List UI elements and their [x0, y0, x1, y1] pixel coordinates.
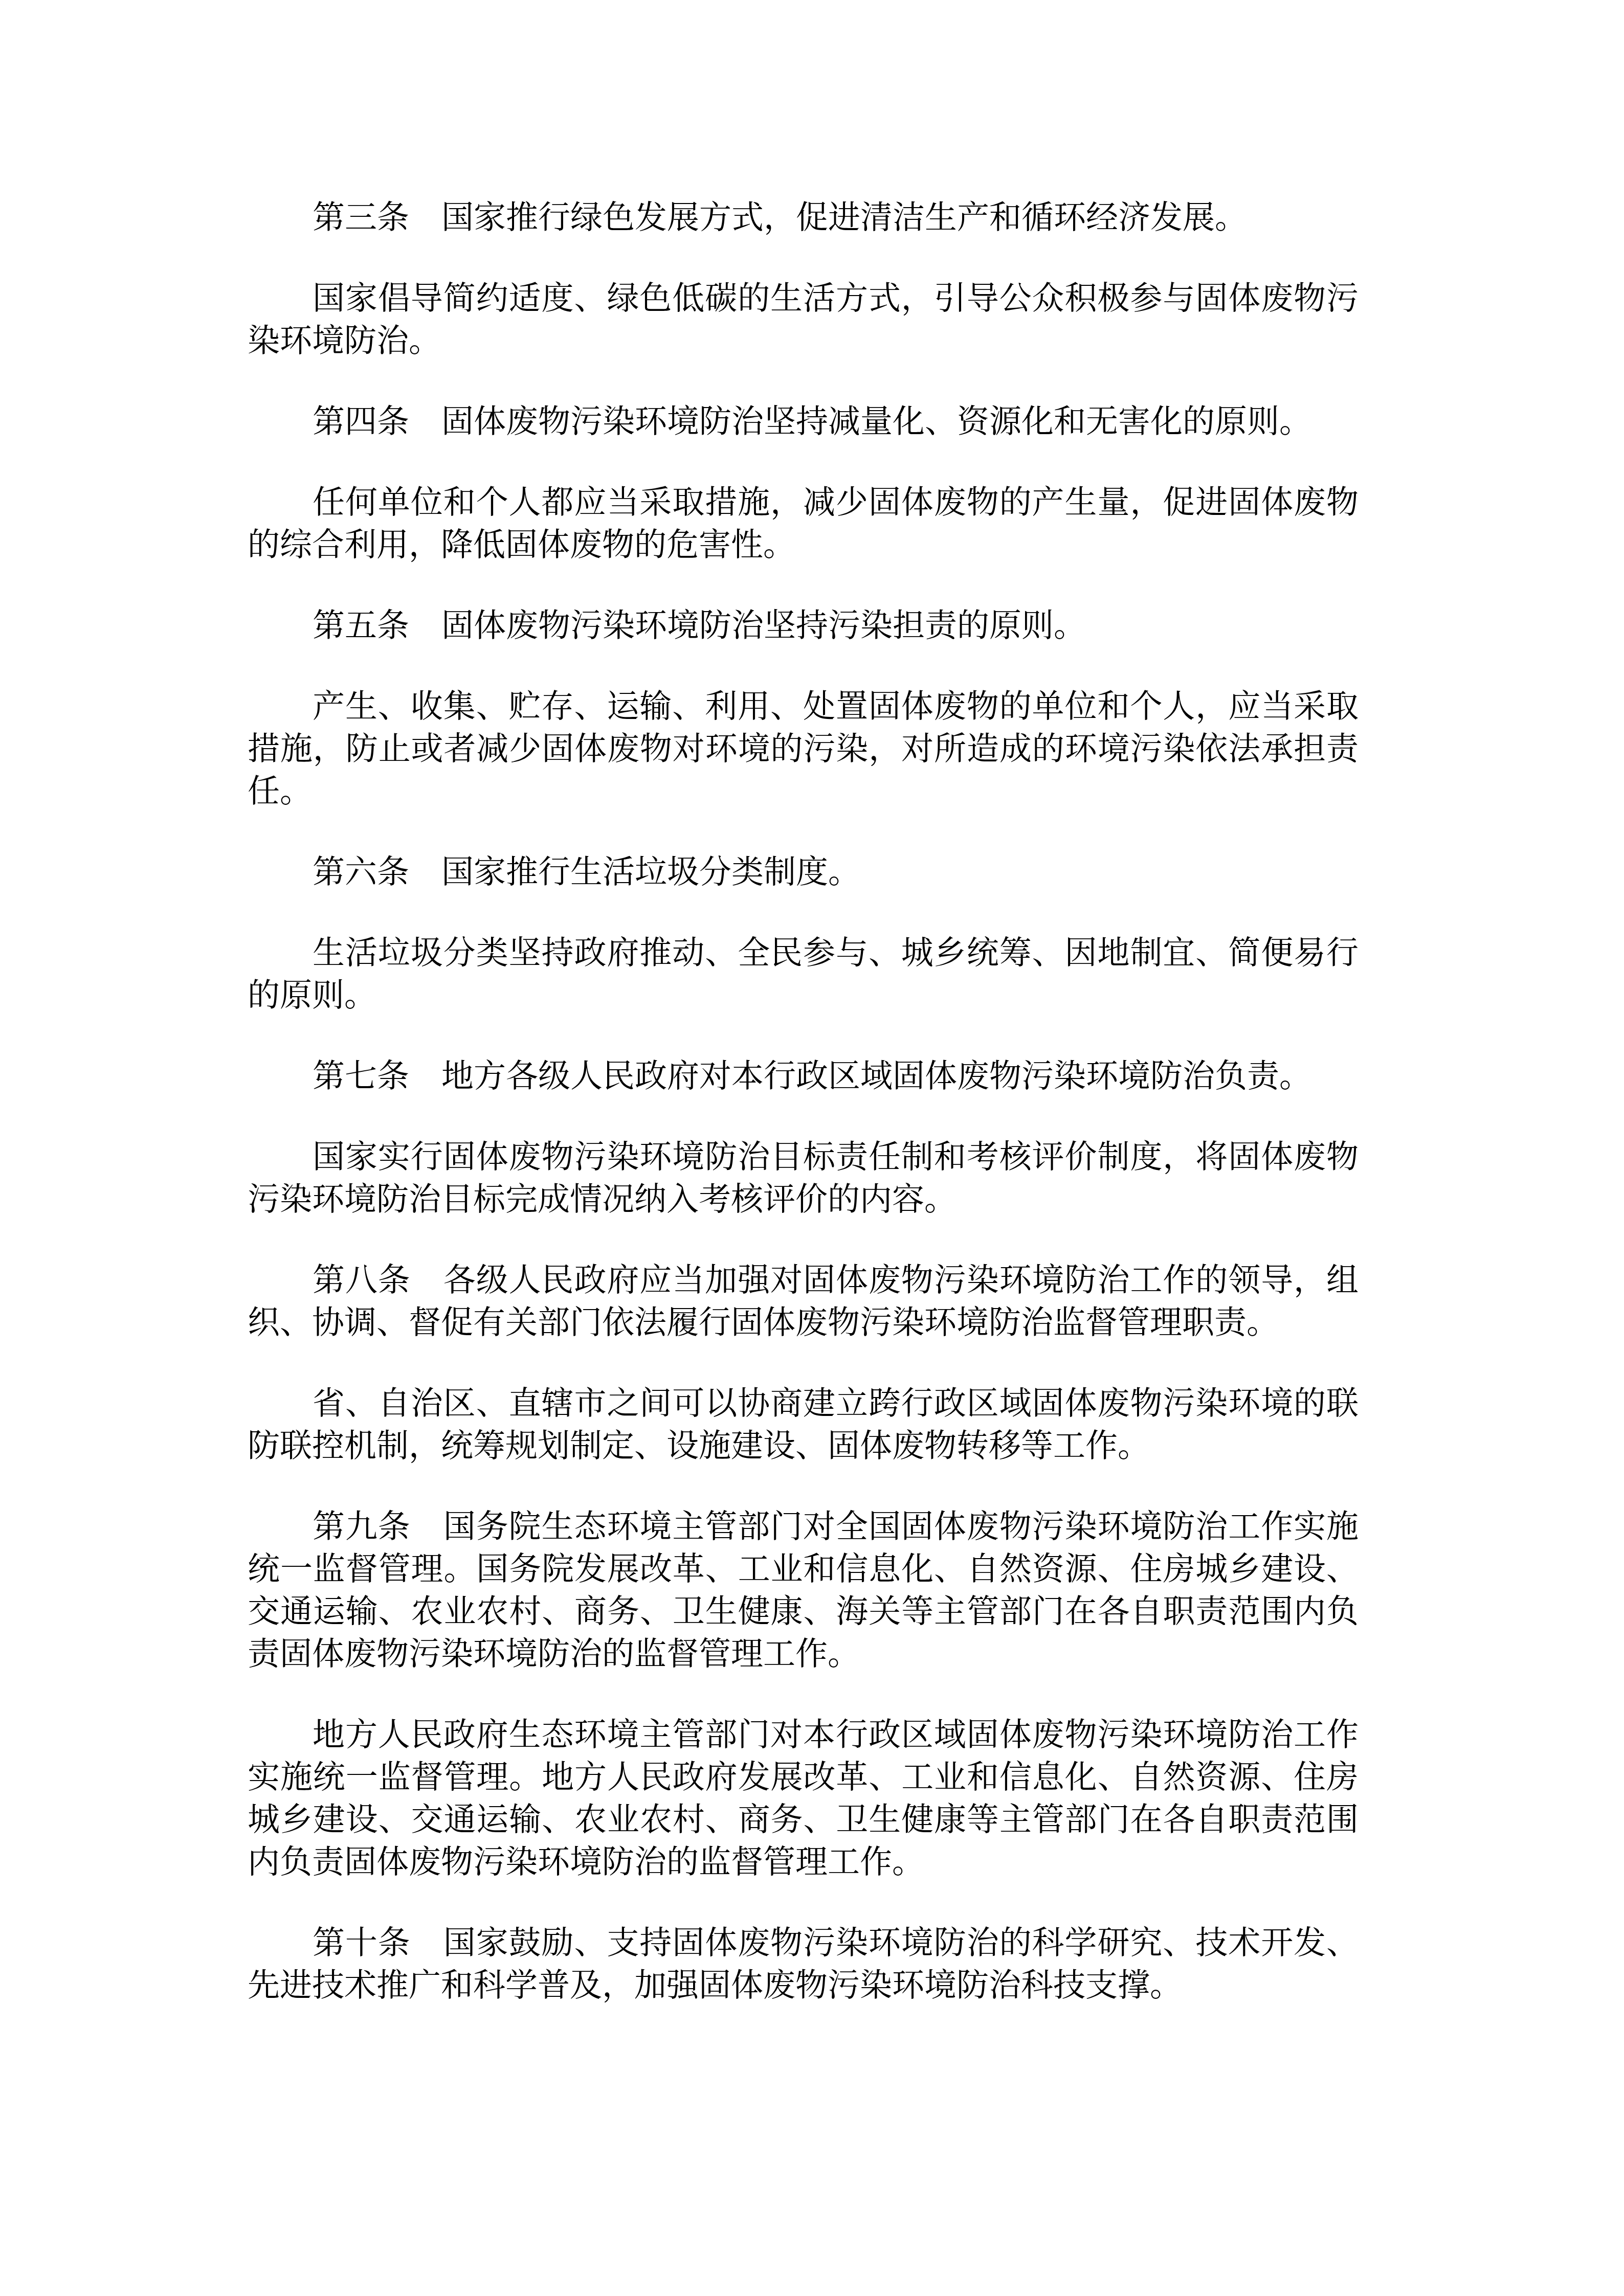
paragraph: 产生、收集、贮存、运输、利用、处置固体废物的单位和个人，应当采取 措施，防止或者… — [248, 685, 1359, 812]
paragraph-line: 的原则。 — [248, 974, 1359, 1016]
paragraph-line: 措施，防止或者减少固体废物对环境的污染，对所造成的环境污染依法承担责 — [248, 727, 1359, 770]
paragraph: 国家实行固体废物污染环境防治目标责任制和考核评价制度，将固体废物 污染环境防治目… — [248, 1135, 1359, 1220]
document-body: 第三条 国家推行绿色发展方式，促进清洁生产和循环经济发展。 国家倡导简约适度、绿… — [248, 196, 1359, 2044]
paragraph-line: 第七条 地方各级人民政府对本行政区域固体废物污染环境防治负责。 — [248, 1054, 1359, 1097]
paragraph-line: 地方人民政府生态环境主管部门对本行政区域固体废物污染环境防治工作 — [248, 1713, 1359, 1755]
paragraph-line: 的综合利用，降低固体废物的危害性。 — [248, 523, 1359, 566]
paragraph: 省、自治区、直辖市之间可以协商建立跨行政区域固体废物污染环境的联 防联控机制，统… — [248, 1382, 1359, 1467]
paragraph-line: 城乡建设、交通运输、农业农村、商务、卫生健康等主管部门在各自职责范围 — [248, 1798, 1359, 1840]
paragraph-line: 第十条 国家鼓励、支持固体废物污染环境防治的科学研究、技术开发、 — [248, 1921, 1359, 1964]
paragraph-line: 产生、收集、贮存、运输、利用、处置固体废物的单位和个人，应当采取 — [248, 685, 1359, 727]
paragraph-line: 第四条 固体废物污染环境防治坚持减量化、资源化和无害化的原则。 — [248, 400, 1359, 442]
paragraph-line: 织、协调、督促有关部门依法履行固体废物污染环境防治监督管理职责。 — [248, 1301, 1359, 1343]
paragraph-article-5: 第五条 固体废物污染环境防治坚持污染担责的原则。 — [248, 604, 1359, 646]
paragraph-line: 染环境防治。 — [248, 319, 1359, 362]
paragraph-line: 国家实行固体废物污染环境防治目标责任制和考核评价制度，将固体废物 — [248, 1135, 1359, 1178]
paragraph-line: 任。 — [248, 770, 1359, 812]
paragraph-line: 污染环境防治目标完成情况纳入考核评价的内容。 — [248, 1178, 1359, 1220]
paragraph-line: 国家倡导简约适度、绿色低碳的生活方式，引导公众积极参与固体废物污 — [248, 277, 1359, 319]
paragraph-line: 先进技术推广和科学普及，加强固体废物污染环境防治科技支撑。 — [248, 1964, 1359, 2006]
paragraph-article-9: 第九条 国务院生态环境主管部门对全国固体废物污染环境防治工作实施 统一监督管理。… — [248, 1505, 1359, 1675]
paragraph-line: 任何单位和个人都应当采取措施，减少固体废物的产生量，促进固体废物 — [248, 481, 1359, 523]
paragraph-article-3: 第三条 国家推行绿色发展方式，促进清洁生产和循环经济发展。 — [248, 196, 1359, 238]
paragraph-line: 统一监督管理。国务院发展改革、工业和信息化、自然资源、住房城乡建设、 — [248, 1547, 1359, 1590]
paragraph-line: 交通运输、农业农村、商务、卫生健康、海关等主管部门在各自职责范围内负 — [248, 1590, 1359, 1632]
paragraph: 生活垃圾分类坚持政府推动、全民参与、城乡统筹、因地制宜、简便易行 的原则。 — [248, 931, 1359, 1016]
paragraph-line: 省、自治区、直辖市之间可以协商建立跨行政区域固体废物污染环境的联 — [248, 1382, 1359, 1424]
paragraph: 任何单位和个人都应当采取措施，减少固体废物的产生量，促进固体废物 的综合利用，降… — [248, 481, 1359, 566]
paragraph-article-10: 第十条 国家鼓励、支持固体废物污染环境防治的科学研究、技术开发、 先进技术推广和… — [248, 1921, 1359, 2006]
paragraph-line: 防联控机制，统筹规划制定、设施建设、固体废物转移等工作。 — [248, 1424, 1359, 1467]
paragraph-article-6: 第六条 国家推行生活垃圾分类制度。 — [248, 850, 1359, 893]
paragraph-article-8: 第八条 各级人民政府应当加强对固体废物污染环境防治工作的领导，组 织、协调、督促… — [248, 1258, 1359, 1343]
paragraph-line: 生活垃圾分类坚持政府推动、全民参与、城乡统筹、因地制宜、简便易行 — [248, 931, 1359, 974]
document-page: 第三条 国家推行绿色发展方式，促进清洁生产和循环经济发展。 国家倡导简约适度、绿… — [0, 0, 1624, 2296]
paragraph-article-7: 第七条 地方各级人民政府对本行政区域固体废物污染环境防治负责。 — [248, 1054, 1359, 1097]
paragraph-line: 第八条 各级人民政府应当加强对固体废物污染环境防治工作的领导，组 — [248, 1258, 1359, 1301]
paragraph: 国家倡导简约适度、绿色低碳的生活方式，引导公众积极参与固体废物污 染环境防治。 — [248, 277, 1359, 362]
paragraph: 地方人民政府生态环境主管部门对本行政区域固体废物污染环境防治工作 实施统一监督管… — [248, 1713, 1359, 1883]
paragraph-line: 第九条 国务院生态环境主管部门对全国固体废物污染环境防治工作实施 — [248, 1505, 1359, 1547]
paragraph-line: 内负责固体废物污染环境防治的监督管理工作。 — [248, 1840, 1359, 1883]
paragraph-article-4: 第四条 固体废物污染环境防治坚持减量化、资源化和无害化的原则。 — [248, 400, 1359, 442]
paragraph-line: 第六条 国家推行生活垃圾分类制度。 — [248, 850, 1359, 893]
paragraph-line: 实施统一监督管理。地方人民政府发展改革、工业和信息化、自然资源、住房 — [248, 1755, 1359, 1798]
paragraph-line: 第三条 国家推行绿色发展方式，促进清洁生产和循环经济发展。 — [248, 196, 1359, 238]
paragraph-line: 第五条 固体废物污染环境防治坚持污染担责的原则。 — [248, 604, 1359, 646]
paragraph-line: 责固体废物污染环境防治的监督管理工作。 — [248, 1632, 1359, 1675]
